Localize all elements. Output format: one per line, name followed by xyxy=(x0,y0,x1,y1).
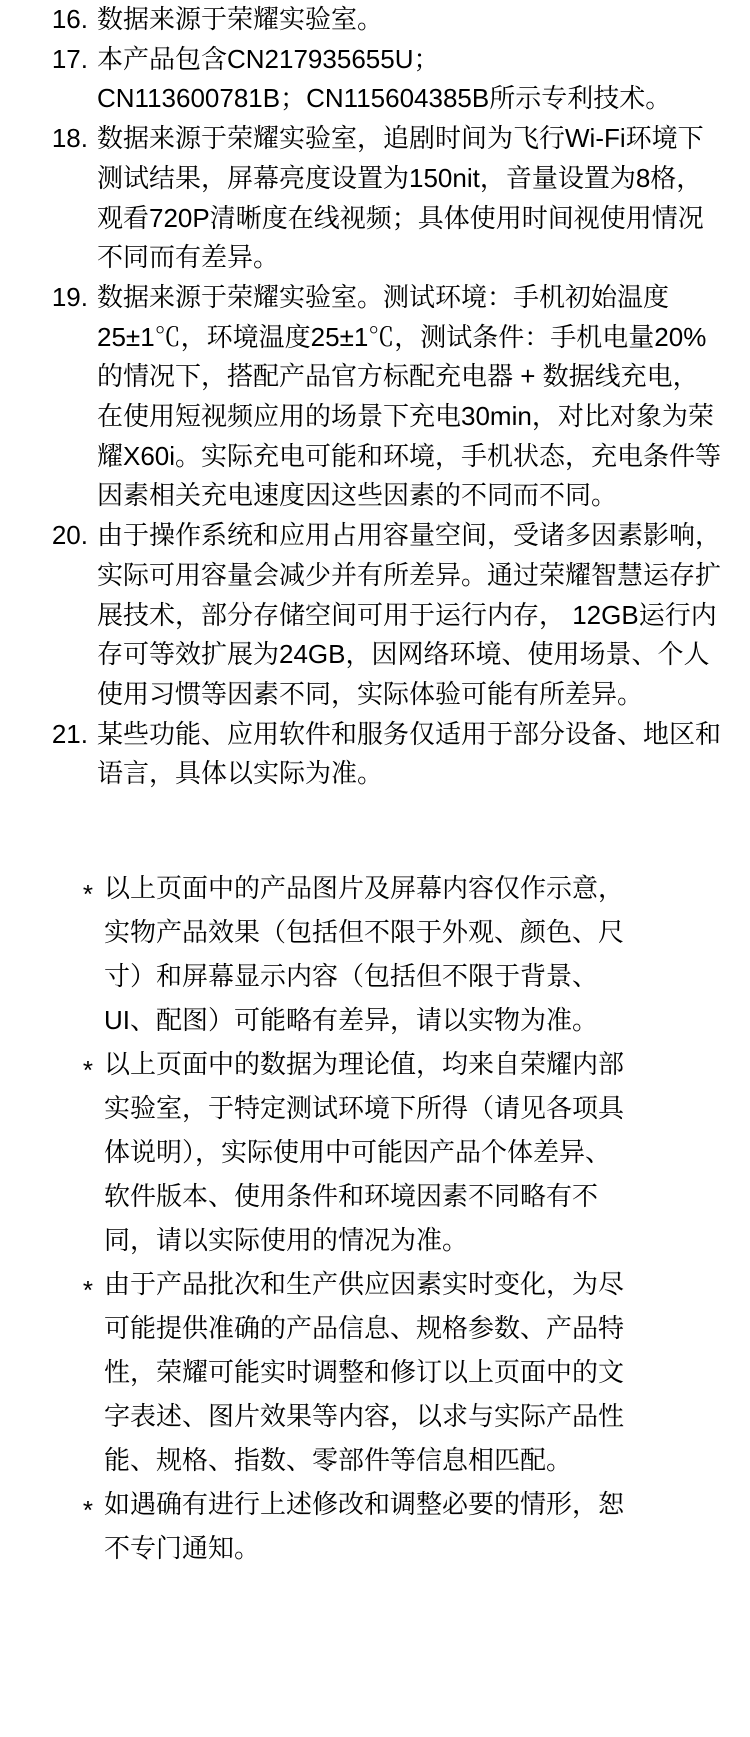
note-text-line: 展技术，部分存储空间可用于运行内存， 12GB运行内 xyxy=(97,596,750,636)
note-text-line: 本产品包含CN217935655U； xyxy=(97,40,750,80)
note-text-line: 存可等效扩展为24GB，因网络环境、使用场景、个人 xyxy=(97,635,750,675)
note-text-line: 因素相关充电速度因这些因素的不同而不同。 xyxy=(97,476,750,516)
star-footnote: *以上页面中的数据为理论值，均来自荣耀内部实验室，于特定测试环境下所得（请见各项… xyxy=(0,1042,750,1262)
note-text-line: 软件版本、使用条件和环境因素不同略有不 xyxy=(104,1174,750,1218)
numbered-footnotes-list: 16.数据来源于荣耀实验室。17.本产品包含CN217935655U；CN113… xyxy=(0,0,750,794)
note-number: 19. xyxy=(0,278,88,318)
note-text: 数据来源于荣耀实验室，追剧时间为飞行Wi-Fi环境下测试结果，屏幕亮度设置为15… xyxy=(97,119,750,278)
note-text-line: 体说明），实际使用中可能因产品个体差异、 xyxy=(104,1130,750,1174)
note-text-line: 实验室，于特定测试环境下所得（请见各项具 xyxy=(104,1086,750,1130)
numbered-footnote: 19.数据来源于荣耀实验室。测试环境：手机初始温度25±1℃，环境温度25±1℃… xyxy=(0,278,750,516)
note-text-line: 数据来源于荣耀实验室，追剧时间为飞行Wi-Fi环境下 xyxy=(97,119,750,159)
note-text-line: 语言，具体以实际为准。 xyxy=(97,754,750,794)
note-text-line: 实物产品效果（包括但不限于外观、颜色、尺 xyxy=(104,910,750,954)
number-glyph: 20. xyxy=(52,520,88,550)
note-text-line: 测试结果，屏幕亮度设置为150nit，音量设置为8格， xyxy=(97,159,750,199)
star-marker: * xyxy=(0,1042,93,1086)
note-text-line: 不同而有差异。 xyxy=(97,238,750,278)
number-glyph: 21. xyxy=(52,719,88,749)
note-text-line: 能、规格、指数、零部件等信息相匹配。 xyxy=(104,1438,750,1482)
asterisk-glyph: * xyxy=(83,1048,93,1092)
star-marker: * xyxy=(0,1482,93,1526)
note-text-line: 耀X60i。实际充电可能和环境，手机状态，充电条件等 xyxy=(97,437,750,477)
star-marker: * xyxy=(0,866,93,910)
note-text-line: 的情况下，搭配产品官方标配充电器 + 数据线充电， xyxy=(97,357,750,397)
note-text-line: 在使用短视频应用的场景下充电30min，对比对象为荣 xyxy=(97,397,750,437)
note-number: 21. xyxy=(0,715,88,755)
asterisk-glyph: * xyxy=(83,872,93,916)
star-footnote: *由于产品批次和生产供应因素实时变化，为尽可能提供准确的产品信息、规格参数、产品… xyxy=(0,1262,750,1482)
number-glyph: 18. xyxy=(52,123,88,153)
note-text: 数据来源于荣耀实验室。 xyxy=(97,0,750,40)
note-text-line: 使用习惯等因素不同，实际体验可能有所差异。 xyxy=(97,675,750,715)
note-text-line: UI、配图）可能略有差异，请以实物为准。 xyxy=(104,998,750,1042)
note-number: 17. xyxy=(0,40,88,80)
note-text-line: 可能提供准确的产品信息、规格参数、产品特 xyxy=(104,1306,750,1350)
star-footnote: *以上页面中的产品图片及屏幕内容仅作示意，实物产品效果（包括但不限于外观、颜色、… xyxy=(0,866,750,1042)
note-number: 18. xyxy=(0,119,88,159)
star-footnote: *如遇确有进行上述修改和调整必要的情形，恕不专门通知。 xyxy=(0,1482,750,1570)
numbered-footnote: 18.数据来源于荣耀实验室，追剧时间为飞行Wi-Fi环境下测试结果，屏幕亮度设置… xyxy=(0,119,750,278)
note-text: 数据来源于荣耀实验室。测试环境：手机初始温度25±1℃，环境温度25±1℃，测试… xyxy=(97,278,750,516)
note-text: 如遇确有进行上述修改和调整必要的情形，恕不专门通知。 xyxy=(104,1482,750,1570)
note-text: 由于操作系统和应用占用容量空间，受诸多因素影响，实际可用容量会减少并有所差异。通… xyxy=(97,516,750,715)
numbered-footnote: 17.本产品包含CN217935655U；CN113600781B；CN1156… xyxy=(0,40,750,119)
note-number: 20. xyxy=(0,516,88,556)
note-text: 本产品包含CN217935655U；CN113600781B；CN1156043… xyxy=(97,40,750,119)
note-text-line: 如遇确有进行上述修改和调整必要的情形，恕 xyxy=(104,1482,750,1526)
disclaimer-page: 16.数据来源于荣耀实验室。17.本产品包含CN217935655U；CN113… xyxy=(0,0,750,1737)
note-text-line: 25±1℃，环境温度25±1℃，测试条件：手机电量20% xyxy=(97,318,750,358)
note-text-line: 由于操作系统和应用占用容量空间，受诸多因素影响， xyxy=(97,516,750,556)
note-text-line: 以上页面中的产品图片及屏幕内容仅作示意， xyxy=(104,866,750,910)
numbered-footnote: 16.数据来源于荣耀实验室。 xyxy=(0,0,750,40)
note-text: 某些功能、应用软件和服务仅适用于部分设备、地区和语言，具体以实际为准。 xyxy=(97,715,750,794)
note-text-line: 数据来源于荣耀实验室。测试环境：手机初始温度 xyxy=(97,278,750,318)
note-number: 16. xyxy=(0,0,88,40)
numbered-footnote: 21.某些功能、应用软件和服务仅适用于部分设备、地区和语言，具体以实际为准。 xyxy=(0,715,750,794)
note-text-line: 观看720P清晰度在线视频；具体使用时间视使用情况 xyxy=(97,199,750,239)
note-text: 由于产品批次和生产供应因素实时变化，为尽可能提供准确的产品信息、规格参数、产品特… xyxy=(104,1262,750,1482)
note-text-line: 数据来源于荣耀实验室。 xyxy=(97,0,750,40)
note-text-line: 某些功能、应用软件和服务仅适用于部分设备、地区和 xyxy=(97,715,750,755)
number-glyph: 16. xyxy=(52,4,88,34)
note-text-line: 寸）和屏幕显示内容（包括但不限于背景、 xyxy=(104,954,750,998)
asterisk-glyph: * xyxy=(83,1268,93,1312)
number-glyph: 19. xyxy=(52,282,88,312)
numbered-footnote: 20.由于操作系统和应用占用容量空间，受诸多因素影响，实际可用容量会减少并有所差… xyxy=(0,516,750,715)
note-text-line: CN113600781B；CN115604385B所示专利技术。 xyxy=(97,79,750,119)
star-marker: * xyxy=(0,1262,93,1306)
note-text-line: 性，荣耀可能实时调整和修订以上页面中的文 xyxy=(104,1350,750,1394)
note-text-line: 字表述、图片效果等内容，以求与实际产品性 xyxy=(104,1394,750,1438)
asterisk-glyph: * xyxy=(83,1488,93,1532)
number-glyph: 17. xyxy=(52,44,88,74)
note-text-line: 实际可用容量会减少并有所差异。通过荣耀智慧运存扩 xyxy=(97,556,750,596)
note-text: 以上页面中的数据为理论值，均来自荣耀内部实验室，于特定测试环境下所得（请见各项具… xyxy=(104,1042,750,1262)
note-text-line: 同，请以实际使用的情况为准。 xyxy=(104,1218,750,1262)
note-text-line: 不专门通知。 xyxy=(104,1526,750,1570)
note-text: 以上页面中的产品图片及屏幕内容仅作示意，实物产品效果（包括但不限于外观、颜色、尺… xyxy=(104,866,750,1042)
note-text-line: 以上页面中的数据为理论值，均来自荣耀内部 xyxy=(104,1042,750,1086)
star-footnotes-list: *以上页面中的产品图片及屏幕内容仅作示意，实物产品效果（包括但不限于外观、颜色、… xyxy=(0,866,750,1570)
note-text-line: 由于产品批次和生产供应因素实时变化，为尽 xyxy=(104,1262,750,1306)
